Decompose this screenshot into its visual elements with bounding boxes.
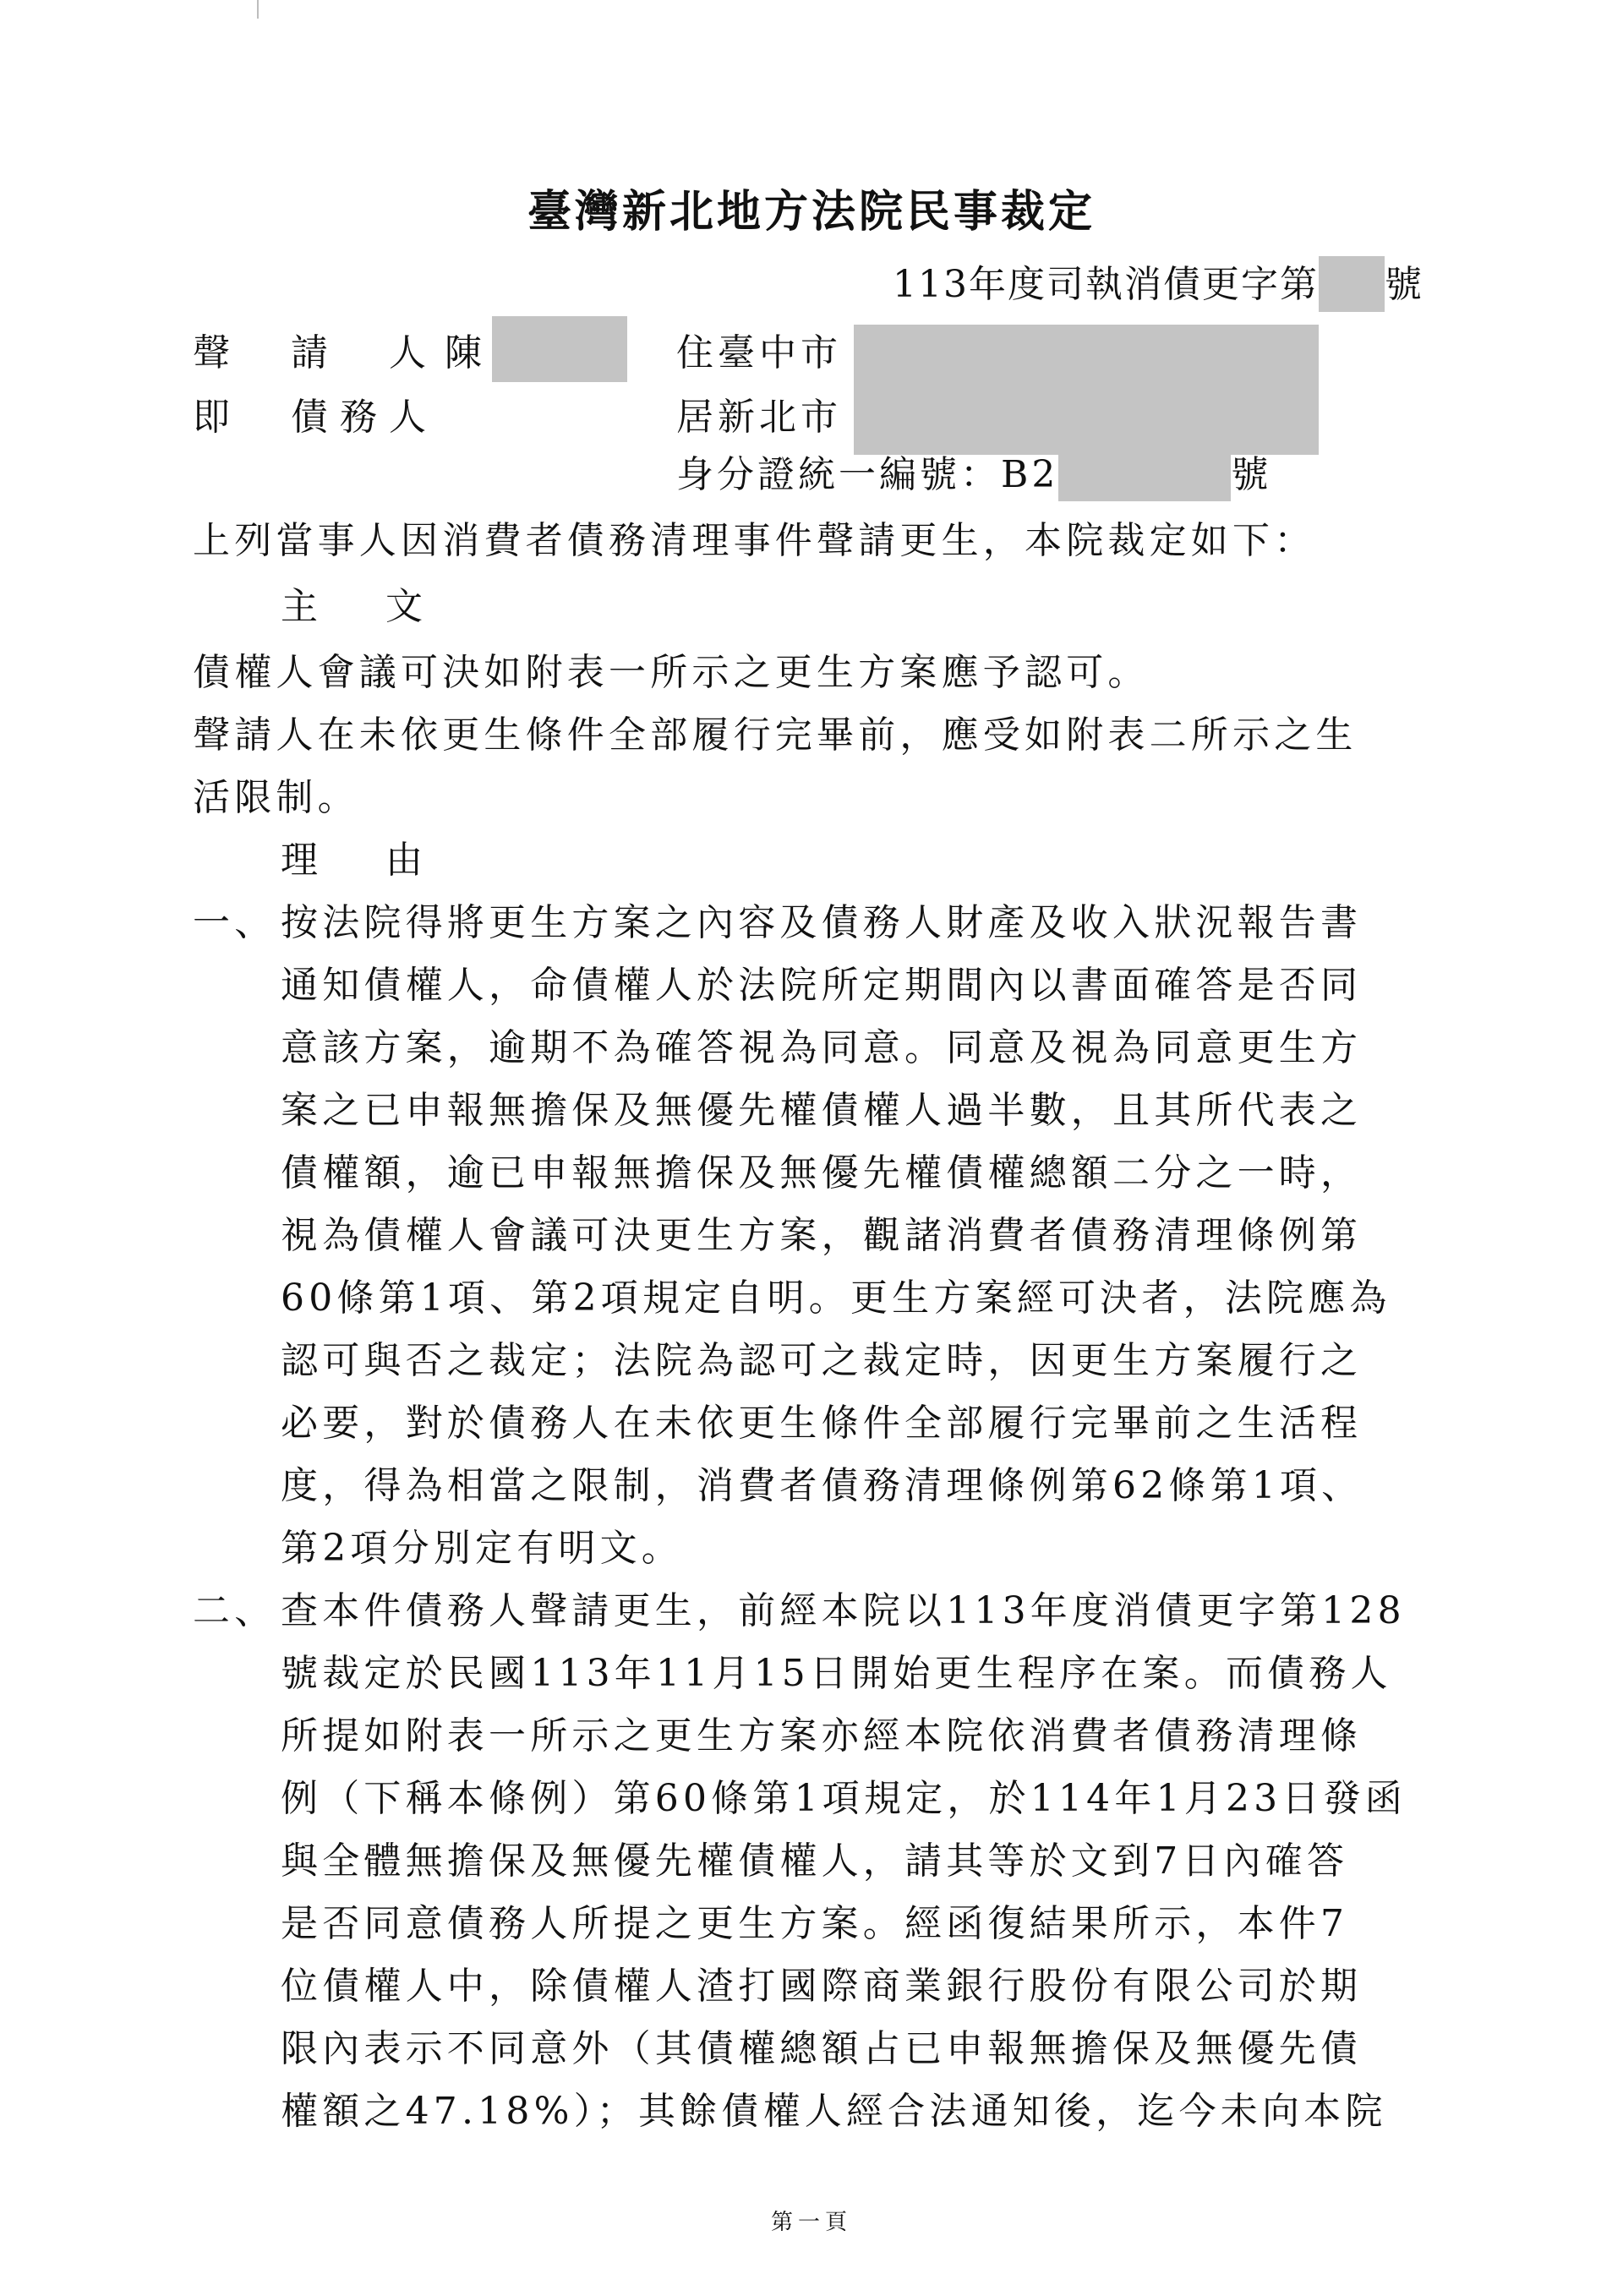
reason-2-line: 查本件債務人聲請更生，前經本院以113年度消債更字第128 [281, 1588, 1406, 1635]
applicant-label: 聲 請 人 [193, 330, 438, 377]
reason-2-line: 是否同意債務人所提之更生方案。經函復結果所示，本件7 [281, 1900, 1348, 1948]
reason-2-line: 與全體無擔保及無優先權債權人，請其等於文到7日內確答 [281, 1838, 1348, 1885]
id-suffix: 號 [1231, 453, 1271, 496]
residence-label: 住臺中市 [676, 330, 842, 377]
main-text-line-1: 債權人會議可決如附表一所示之更生方案應予認可。 [193, 649, 1150, 697]
reason-1-line: 案之已申報無擔保及無優先權債權人過半數，且其所代表之 [281, 1087, 1362, 1134]
reason-2-line: 號裁定於民國113年11月15日開始更生程序在案。而債務人 [281, 1650, 1392, 1697]
debtor-label: 即 債務人 [193, 394, 438, 441]
reason-2-line: 位債權人中，除債權人渣打國際商業銀行股份有限公司於期 [281, 1963, 1362, 2010]
id-number: 身分證統一編號：B2號 [676, 451, 1271, 501]
case-number-suffix: 號 [1385, 263, 1424, 306]
reason-1-line: 認可與否之裁定；法院為認可之裁定時，因更生方案履行之 [281, 1337, 1362, 1385]
reason-2-marker: 二、 [193, 1588, 276, 1635]
reason-1-marker: 一、 [193, 899, 276, 947]
id-label: 身分證統一編號：B2 [676, 453, 1058, 496]
main-text-line-2: 聲請人在未依更生條件全部履行完畢前，應受如附表二所示之生 [193, 712, 1358, 759]
id-redaction [1058, 451, 1231, 501]
applicant-name-visible: 陳 [445, 331, 482, 374]
reason-1-line: 意該方案，逾期不為確答視為同意。同意及視為同意更生方 [281, 1025, 1362, 1072]
address-redaction [854, 325, 1319, 455]
reason-2-line: 限內表示不同意外（其債權總額占已申報無擔保及無優先債 [281, 2025, 1362, 2073]
scan-edge-mark [257, 0, 259, 19]
page-number: 第一頁 [0, 2205, 1623, 2236]
case-number-prefix: 113年度司執消債更字第 [893, 263, 1319, 306]
reason-1-line: 度，得為相當之限制，消費者債務清理條例第62條第1項、 [281, 1462, 1363, 1510]
main-heading: 主 文 [281, 583, 438, 631]
reasons-heading: 理 由 [281, 837, 438, 884]
main-text-line-3: 活限制。 [193, 774, 359, 822]
reason-1-line: 第2項分別定有明文。 [281, 1525, 683, 1572]
reason-1-line: 必要，對於債務人在未依更生條件全部履行完畢前之生活程 [281, 1400, 1362, 1447]
applicant-label-text: 聲 請 人 [193, 331, 438, 374]
document-title: 臺灣新北地方法院民事裁定 [0, 176, 1623, 239]
reason-2-line: 例（下稱本條例）第60條第1項規定，於114年1月23日發函 [281, 1775, 1407, 1823]
applicant-name: 陳 [445, 330, 482, 377]
reason-1-line: 60條第1項、第2項規定自明。更生方案經可決者，法院應為 [281, 1275, 1391, 1322]
reason-1-line: 通知債權人，命債權人於法院所定期間內以書面確答是否同 [281, 962, 1362, 1009]
domicile-label: 居新北市 [676, 394, 842, 441]
debtor-label-text: 即 債務人 [193, 396, 438, 439]
reason-2-line: 所提如附表一所示之更生方案亦經本院依消費者債務清理條 [281, 1713, 1362, 1760]
reason-1-line: 視為債權人會議可決更生方案，觀諸消費者債務清理條例第 [281, 1212, 1362, 1260]
reason-1-line: 債權額，逾已申報無擔保及無優先權債權總額二分之一時， [281, 1150, 1362, 1197]
case-number: 113年度司執消債更字第號 [893, 254, 1424, 312]
reason-2-line: 權額之47.18%）；其餘債權人經合法通知後，迄今未向本院 [281, 2088, 1387, 2135]
case-number-redaction [1319, 256, 1385, 312]
reason-1-line: 按法院得將更生方案之內容及債務人財產及收入狀況報告書 [281, 899, 1362, 947]
applicant-name-redaction [492, 316, 627, 382]
intro-text: 上列當事人因消費者債務清理事件聲請更生，本院裁定如下： [193, 517, 1315, 565]
